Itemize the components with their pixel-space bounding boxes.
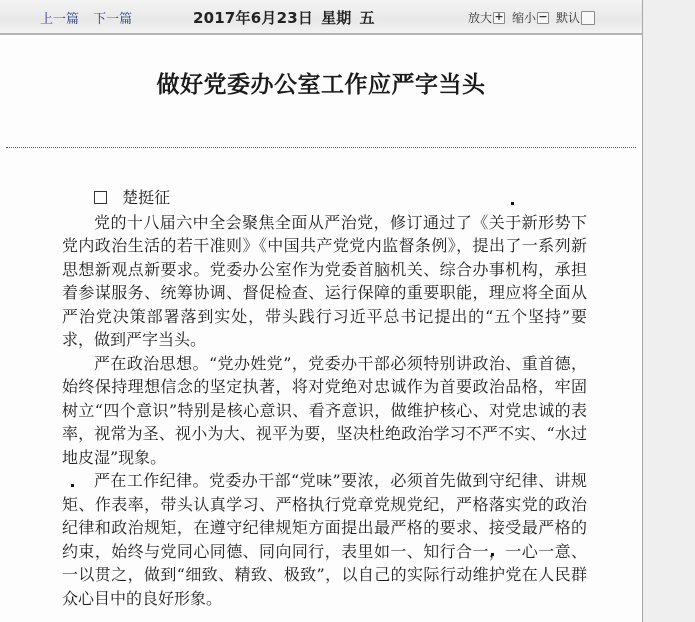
author-line: 楚挺征	[62, 186, 587, 210]
minus-icon[interactable]: −	[537, 12, 549, 24]
article-paragraph: 党的十八届六中全会聚焦全面从严治党，修订通过了《关于新形势下党内政治生活的若干准…	[62, 211, 587, 352]
default-label: 默认	[556, 9, 580, 26]
next-article-link[interactable]: 下一篇	[93, 12, 132, 27]
weekday-value: 五	[359, 9, 374, 27]
date-value: 2017年6月23日	[193, 9, 313, 27]
scan-artifact	[491, 553, 494, 556]
scan-artifact	[71, 484, 74, 487]
weekday-label: 星期	[321, 9, 351, 27]
article-paragraph: 严在政治思想。“党办姓党”，党委办干部必须特别讲政治、重首德，始终保持理想信念的…	[62, 352, 587, 470]
default-size-button[interactable]: 默认	[556, 9, 595, 26]
font-size-controls: 放大 + 缩小 − 默认	[468, 9, 602, 26]
scan-artifact	[511, 202, 514, 205]
author-marker-icon	[94, 188, 122, 207]
zoom-in-button[interactable]: 放大 +	[468, 9, 505, 26]
article-toolbar: 上一篇 下一篇 2017年6月23日星期五 放大 + 缩小 − 默认	[0, 0, 642, 35]
article-body: 楚挺征 党的十八届六中全会聚焦全面从严治党，修订通过了《关于新形势下党内政治生活…	[62, 186, 587, 610]
title-divider	[6, 147, 636, 148]
plus-icon[interactable]: +	[493, 12, 505, 24]
author-name: 楚挺征	[122, 188, 170, 207]
checkbox-icon[interactable]	[581, 11, 595, 25]
article-navigation: 上一篇 下一篇	[40, 8, 142, 27]
zoom-out-label: 缩小	[512, 9, 536, 26]
publication-date: 2017年6月23日星期五	[193, 7, 375, 28]
zoom-out-button[interactable]: 缩小 −	[512, 9, 549, 26]
previous-article-link[interactable]: 上一篇	[40, 12, 79, 27]
article-page: 上一篇 下一篇 2017年6月23日星期五 放大 + 缩小 − 默认 做好党委办…	[0, 0, 643, 622]
window-background	[644, 0, 695, 622]
article-title: 做好党委办公室工作应严字当头	[0, 66, 642, 99]
zoom-in-label: 放大	[468, 9, 492, 26]
article-paragraph: 严在工作纪律。党委办干部“党味”要浓，必须首先做到守纪律、讲规矩、作表率，带头认…	[62, 469, 587, 610]
